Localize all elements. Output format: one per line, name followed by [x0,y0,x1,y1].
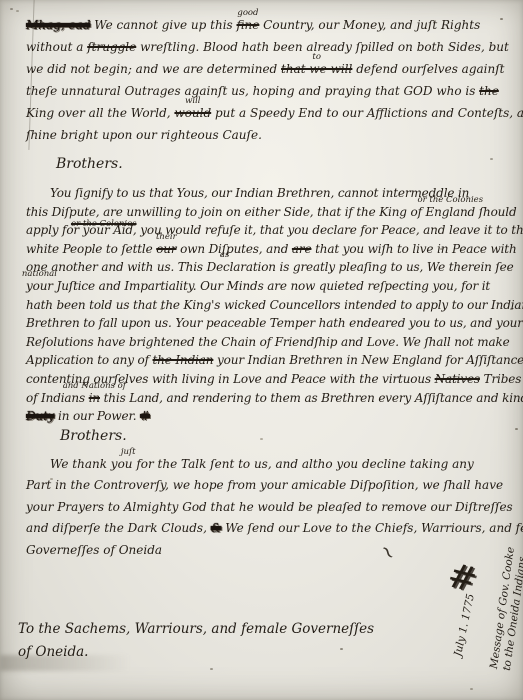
text-segment: ſhine bright upon our righteous Cauſe. [26,128,262,142]
text-line: Application to any of the Indian your In… [26,351,518,370]
inserted-text: will [185,97,200,106]
text-segment: wreſtling. Blood hath been already ſpill… [136,40,509,54]
text-line: ſhine bright upon our righteous Cauſe. [26,124,518,146]
text-segment: this Diſpute, are unwillingor the Coloni… [26,205,181,219]
text-line: Part in the Controverſy, we hope from yo… [26,475,518,497]
inserted-text: their [156,233,177,242]
docket-date: July 1. 1775 [452,593,477,658]
text-line: apply for your Aid, you would refuſe it,… [26,221,518,240]
struck-text: are [292,242,312,256]
text-line: of Indians inand Nations of this Land, a… [26,389,518,408]
text-segment: hath been told us that the King's wicked… [26,298,523,312]
inserted-text: good [237,9,258,18]
text-segment: without a [26,40,87,54]
scribble-text: Duty [26,409,54,423]
text-segment: Englandor the Colonies [426,205,476,219]
text-line: King over all the World, wouldwill put a… [26,102,518,124]
text-segment: We thank you for the Talkjuſt [50,457,206,471]
text-line: We thank you for the Talkjuſt ſent to us… [26,454,518,476]
inserted-text: national [22,270,57,279]
text-segment: defend ourſelves againſt [352,62,504,76]
text-segment: We cannot give up this [90,18,236,32]
struck-text: the Indian [153,353,214,367]
text-segment: You ſignify to us that Yous, our Indian … [50,186,469,200]
struck-text: wouldwill [174,106,211,120]
letter-body: Mhag, ead We cannot give up this finegoo… [26,14,518,561]
struck-text: Natives [435,372,480,386]
inserted-text: and Nations of [63,382,126,391]
text-segment: Reſolutions have brightened the Chain of… [26,335,510,349]
para-3: We thank you for the Talkjuſt ſent to us… [26,454,518,562]
text-line: we did not begin; and we are determined … [26,58,518,80]
text-segment: Brethren to fall upon us. Your peaceable… [26,316,523,330]
docket-note: Message of Gov. Cooke to the Oneida Indi… [488,546,523,672]
text-line: white People to ſettle ourtheir own Diſp… [26,240,518,259]
text-segment: and diſperſe the Dark Clouds, [26,521,211,535]
text-segment: We therein ſee [423,260,513,274]
text-line: without a ſtruggle wreſtling. Blood hath… [26,36,518,58]
text-segment: ſhould [475,205,516,219]
text-line: and diſperſe the Dark Clouds, & We ſend … [26,518,518,540]
inserted-text: as [220,251,229,260]
manuscript-page: Mhag, ead We cannot give up this finegoo… [0,0,523,700]
text-segment: put a Speedy End to our Afflictions and … [211,106,523,120]
text-segment: Juſtice and Impartiality. Our Minds are … [53,279,490,293]
scribble-text: # [140,409,150,423]
text-segment: apply for your Aid, you would refuſe it,… [26,223,523,237]
text-segment: of Indians [26,391,89,405]
salutation-1: Brothers. [56,154,518,174]
para-2: You ſignify to us that Yous, our Indian … [26,184,518,426]
inserted-text: or the Colonies [418,196,484,205]
text-segment: your Prayers to Almighty God that he wou… [26,500,513,514]
struck-text: the [479,84,499,98]
struck-text: inand Nations of [89,391,100,405]
struck-text: finegood [237,18,260,32]
scribble-text: Mhag, ead [26,18,90,32]
paper-specks [10,8,13,10]
text-segment: King over all the World, [26,106,174,120]
text-segment: Part in the Controverſy, we hope from yo… [26,478,503,492]
text-segment: to join on either Side, that if the King… [181,205,425,219]
text-line: Duty in our Power. # [26,407,518,426]
text-line: Mhag, ead We cannot give up this finegoo… [26,14,518,36]
salutation-2: Brothers. [60,426,518,446]
text-line: Governeſſes of Oneida [26,540,518,562]
text-segment: We ſend our Love to the Chiefs, Warriour… [221,521,523,535]
text-line: yournational Juſtice and Impartiality. O… [26,277,518,296]
text-line: this Diſpute, are unwillingor the Coloni… [26,203,518,222]
text-line: one another and with us. This Declaratio… [26,258,518,277]
text-segment: your Indian Brethren in New England for … [213,353,523,367]
text-segment: one another and with us. This Declaratio… [26,260,423,274]
para-1: Mhag, ead We cannot give up this finegoo… [26,14,518,146]
text-segment: this Land, and rendering to them as Bret… [100,391,523,405]
text-segment: in our Power. [54,409,140,423]
text-segment: ſent to us, and altho you decline taking… [206,457,473,471]
address-line: To the Sachems, Warriours, and female Go… [18,618,374,641]
address-block: To the Sachems, Warriours, and female Go… [18,618,374,664]
text-line: Brethren to fall upon us. Your peaceable… [26,314,518,333]
text-segment: we did not begin; and we are determined [26,62,281,76]
struck-text: that we willto [281,62,352,76]
text-segment: that you wiſh to live in Peace with [311,242,516,256]
struck-text: ſtruggle [87,40,136,54]
text-segment: theſe unnatural Outrages againſt us, hop… [26,84,479,98]
text-line: hath been told us that the King's wicked… [26,296,518,315]
text-line: your Prayers to Almighty God that he wou… [26,497,518,519]
text-segment: Application to any of [26,353,153,367]
address-line: of Oneida. [18,641,374,664]
struck-text: ourtheir [156,242,176,256]
text-segment: Country, our Money, and juſt Rights [259,18,480,32]
text-line: Reſolutions have brightened the Chain of… [26,333,518,352]
text-segment: own Diſputes, and [176,242,291,256]
text-segment: Governeſſes of Oneida [26,543,162,557]
text-segment: Tribes [480,372,523,386]
text-line: theſe unnatural Outrages againſt us, hop… [26,80,518,102]
scribble-text: & [211,521,222,535]
inserted-text: juſt [121,448,136,457]
text-segment: yournational [26,279,53,293]
inserted-text: to [312,53,321,62]
text-segment: white People to ſettle [26,242,156,256]
